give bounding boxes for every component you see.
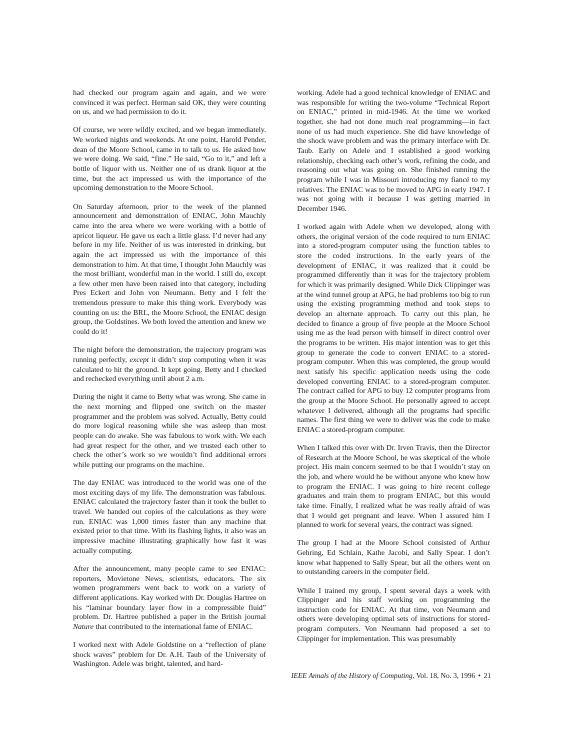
paragraph: I worked again with Adele when we develo… <box>297 222 490 434</box>
emphasis-text: Nature <box>73 622 94 631</box>
bullet-separator: • <box>478 671 481 681</box>
paragraph: had checked our program again and again,… <box>73 88 266 117</box>
page-footer: IEEE Annals of the History of Computing,… <box>280 671 491 681</box>
page-number: 21 <box>484 671 491 680</box>
paragraph: The night before the demonstration, the … <box>73 345 266 384</box>
paragraph: After the announcement, many people came… <box>73 564 266 632</box>
left-column: had checked our program again and again,… <box>73 88 266 677</box>
text-run: that contributed to the international fa… <box>94 622 253 631</box>
paragraph: working. Adele had a good technical know… <box>297 88 490 214</box>
paragraph: When I talked this over with Dr. Irven T… <box>297 443 490 530</box>
paragraph: The day ENIAC was introduced to the worl… <box>73 478 266 555</box>
citation: , Vol. 18, No. 3, 1996 <box>413 671 476 680</box>
paragraph: While I trained my group, I spent severa… <box>297 586 490 644</box>
paragraph: During the night it came to Betty what w… <box>73 392 266 469</box>
paragraph: The group I had at the Moore School cons… <box>297 538 490 577</box>
journal-title: IEEE Annals of the History of Computing <box>291 671 412 680</box>
right-column: working. Adele had a good technical know… <box>297 88 490 652</box>
paragraph: I worked next with Adele Goldstine on a … <box>73 640 266 669</box>
text-run: After the announcement, many people came… <box>73 564 266 621</box>
paragraph: Of course, we were wildly excited, and w… <box>73 125 266 193</box>
emphasis-text: except <box>130 355 149 364</box>
journal-page: had checked our program again and again,… <box>0 0 583 750</box>
paragraph: On Saturday afternoon, prior to the week… <box>73 202 266 337</box>
